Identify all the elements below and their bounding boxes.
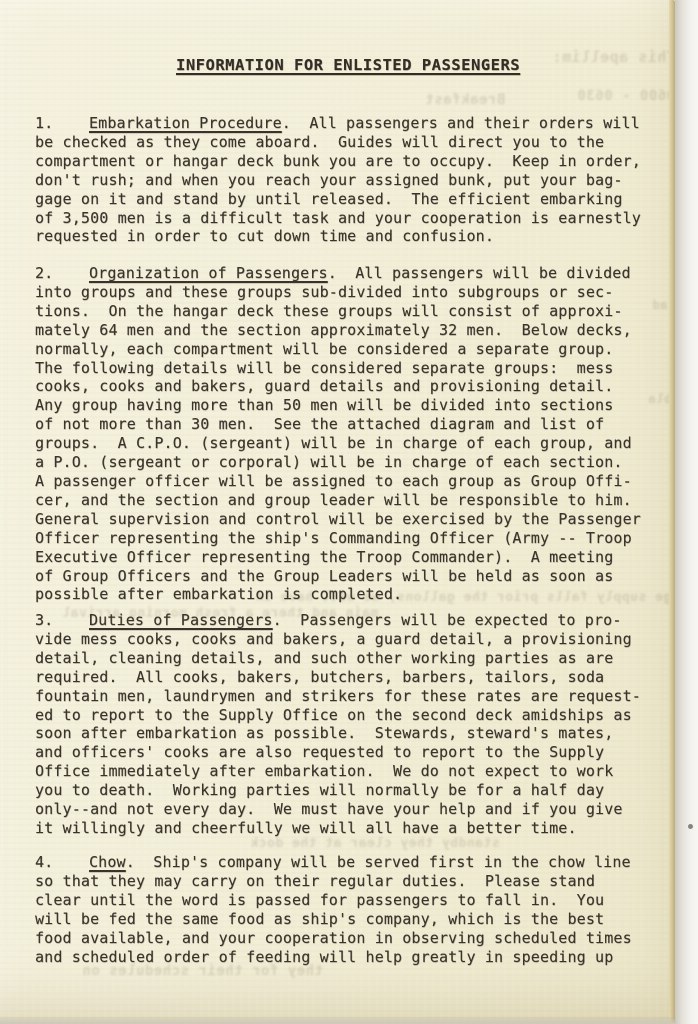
paragraph-line: Any group having more than 50 men will b… xyxy=(35,396,660,415)
page-title: INFORMATION FOR ENLISTED PASSENGERS xyxy=(176,56,520,74)
paragraph-line: detail, cleaning details, and such other… xyxy=(35,649,660,668)
paragraph-line: be checked as they come aboard. Guides w… xyxy=(35,133,660,152)
paragraph-first-line: 2.Organization of Passengers. All passen… xyxy=(35,264,660,283)
paragraph-line: groups. A C.P.O. (sergeant) will be in c… xyxy=(35,434,660,453)
paragraph-line: fountain men, laundrymen and strikers fo… xyxy=(35,687,660,706)
paragraph-text: . All passengers will be divided xyxy=(328,264,631,282)
paragraph-line: and officers' cooks are also requested t… xyxy=(35,743,660,762)
paragraph-line: vide mess cooks, cooks and bakers, a gua… xyxy=(35,630,660,649)
paragraph-line: General supervision and control will be … xyxy=(35,510,660,529)
paragraph-2: 2.Organization of Passengers. All passen… xyxy=(35,264,660,604)
paragraph-number: 4. xyxy=(35,853,89,872)
paragraph-text: . All passengers and their orders will xyxy=(282,114,640,132)
bleed-through-text: 0600 - 0630 xyxy=(577,88,675,104)
paragraph-3: 3.Duties of Passengers. Passengers will … xyxy=(35,611,660,838)
paragraph-line: and scheduled order of feeding will help… xyxy=(35,948,660,967)
paragraph-line: possible after embarkation is completed. xyxy=(35,585,660,604)
paragraph-line: it willingly and cheerfully we will all … xyxy=(35,819,660,838)
paragraph-line: compartment or hangar deck bunk you are … xyxy=(35,152,660,171)
paragraph-line: of 3,500 men is a difficult task and you… xyxy=(35,209,660,228)
paragraph-text: . Passengers will be expected to pro- xyxy=(273,611,622,629)
scan-background xyxy=(675,0,698,1024)
paragraph-first-line: 3.Duties of Passengers. Passengers will … xyxy=(35,611,660,630)
paragraph-line: The following details will be considered… xyxy=(35,359,660,378)
paragraph-line: mately 64 men and the section approximat… xyxy=(35,321,660,340)
paragraph-line: soon after embarkation as possible. Stew… xyxy=(35,724,660,743)
paragraph-heading: Duties of Passengers xyxy=(89,611,273,629)
paragraph-line: ed to report to the Supply Office on the… xyxy=(35,706,660,725)
paragraph-line: clear until the word is passed for passe… xyxy=(35,891,660,910)
paragraph-1: 1.Embarkation Procedure. All passengers … xyxy=(35,114,660,246)
paragraph-line: gage on it and stand by until released. … xyxy=(35,190,660,209)
paragraph-line: into groups and these groups sub-divided… xyxy=(35,283,660,302)
paragraph-line: Officer representing the ship's Commandi… xyxy=(35,529,660,548)
paragraph-first-line: 4.Chow. Ship's company will be served fi… xyxy=(35,853,660,872)
paragraph-line: cer, and the section and group leader wi… xyxy=(35,491,660,510)
paragraph-text: . Ship's company will be served first in… xyxy=(126,853,631,871)
page-bottom-edge xyxy=(0,1017,676,1024)
paragraph-line: a P.O. (sergeant or corporal) will be in… xyxy=(35,453,660,472)
paragraph-line: you to death. Working parties will norma… xyxy=(35,781,660,800)
paragraph-line: cooks, cooks and bakers, guard details a… xyxy=(35,377,660,396)
paragraph-line: Office immediately after embarkation. We… xyxy=(35,762,660,781)
paragraph-line: so that they may carry on their regular … xyxy=(35,872,660,891)
document-page: This apellim:Breakfast0600 - 0630adblapa… xyxy=(0,0,674,1024)
paragraph-heading: Organization of Passengers xyxy=(89,264,328,282)
paragraph-line: of not more than 30 men. See the attache… xyxy=(35,415,660,434)
paragraph-line: of Group Officers and the Group Leaders … xyxy=(35,567,660,586)
paragraph-line: required. All cooks, bakers, butchers, b… xyxy=(35,668,660,687)
bleed-through-text: This apellim: xyxy=(552,48,676,66)
paragraph-line: A passenger officer will be assigned to … xyxy=(35,472,660,491)
paragraph-heading: Embarkation Procedure xyxy=(89,114,282,132)
paper-speck xyxy=(688,824,693,829)
paragraph-line: normally, each compartment will be consi… xyxy=(35,340,660,359)
bleed-through-text: Breakfast xyxy=(425,92,505,108)
paragraph-line: food available, and your cooperation in … xyxy=(35,929,660,948)
paragraph-number: 3. xyxy=(35,611,89,630)
scanned-document: This apellim:Breakfast0600 - 0630adblapa… xyxy=(0,0,698,1024)
paragraph-4: 4.Chow. Ship's company will be served fi… xyxy=(35,853,660,966)
paragraph-line: tions. On the hangar deck these groups w… xyxy=(35,302,660,321)
paragraph-line: will be fed the same food as ship's comp… xyxy=(35,910,660,929)
paragraph-line: only--and not every day. We must have yo… xyxy=(35,800,660,819)
paragraph-line: don't rush; and when you reach your assi… xyxy=(35,171,660,190)
paragraph-line: Executive Officer representing the Troop… xyxy=(35,548,660,567)
bleed-through-text: standby they clear at the dock xyxy=(250,836,500,851)
paragraph-first-line: 1.Embarkation Procedure. All passengers … xyxy=(35,114,660,133)
paragraph-line: requested in order to cut down time and … xyxy=(35,227,660,246)
paragraph-number: 2. xyxy=(35,264,89,283)
paragraph-heading: Chow xyxy=(89,853,126,871)
paragraph-number: 1. xyxy=(35,114,89,133)
